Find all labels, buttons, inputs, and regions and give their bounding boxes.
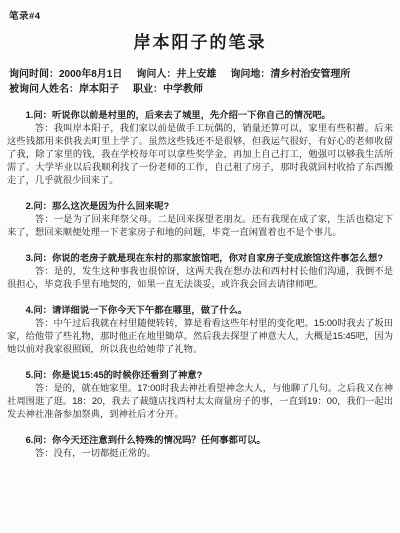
- qa-block-3: 3.问：你说的老房子就是现在东村的那家旅馆吧，你对自家房子变成旅馆这件事怎么想?…: [7, 252, 393, 291]
- document-page: 笔录#4 岸本阳子的笔录 询问时间：2000年8月1日询问人：井上安雄询问地：清…: [0, 0, 400, 533]
- meta-line-1: 询问时间：2000年8月1日询问人：井上安雄询问地：清乡村治安管理所: [9, 67, 393, 82]
- meta-line-2: 被询问人姓名：岸本阳子职业：中学教师: [9, 82, 393, 97]
- meta-label: 被询问人姓名：: [9, 84, 79, 95]
- question-text: 1.问：听说你以前是村里的，后来去了城里，先介绍一下你自己的情况吧。: [7, 109, 393, 122]
- meta-field-interview-time: 询问时间：2000年8月1日: [9, 69, 122, 80]
- meta-value: 中学教师: [163, 84, 203, 95]
- answer-text: 答：是的，就在她家里。17:00时我去神社看望神念大人，与他聊了几句。之后我又在…: [7, 382, 393, 421]
- answer-text: 答：中午过后我就在村里随便转转，算是看看这些年村里的变化吧。15:00时我去了坂…: [7, 317, 393, 356]
- meta-label: 职业：: [133, 84, 163, 95]
- qa-list: 1.问：听说你以前是村里的，后来去了城里，先介绍一下你自己的情况吧。 答：我叫岸…: [7, 109, 393, 460]
- qa-block-5: 5.问：你是说15:45的时候你还看到了神意? 答：是的，就在她家里。17:00…: [7, 369, 393, 421]
- meta-value: 井上安雄: [176, 69, 216, 80]
- meta-field-occupation: 职业：中学教师: [133, 84, 203, 95]
- meta-info: 询问时间：2000年8月1日询问人：井上安雄询问地：清乡村治安管理所 被询问人姓…: [9, 67, 393, 97]
- answer-text: 答：没有，一切都挺正常的。: [7, 447, 393, 460]
- question-text: 6.问：你今天还注意到什么特殊的情况吗？任何事都可以。: [7, 434, 393, 447]
- answer-text: 答：是的，发生这种事我也很惊讶，这两天我在想办法和西村村长他们沟通，我倒不是很担…: [7, 265, 393, 291]
- question-text: 3.问：你说的老房子就是现在东村的那家旅馆吧，你对自家房子变成旅馆这件事怎么想?: [7, 252, 393, 265]
- qa-block-2: 2.问：那么这次是因为什么回来呢? 答：一是为了回来拜祭父母。二是回来探望老朋友…: [7, 200, 393, 239]
- meta-label: 询问时间：: [9, 69, 59, 80]
- meta-label: 询问地：: [230, 69, 270, 80]
- meta-value: 岸本阳子: [79, 84, 119, 95]
- meta-value: 2000年8月1日: [59, 69, 122, 80]
- qa-block-4: 4.问：请详细说一下你今天下午都在哪里，做了什么。 答：中午过后我就在村里随便转…: [7, 304, 393, 356]
- answer-text: 答：一是为了回来拜祭父母。二是回来探望老朋友。还有我现在成了家，生活也稳定下来了…: [7, 213, 393, 239]
- meta-field-interviewer: 询问人：井上安雄: [136, 69, 216, 80]
- qa-block-6: 6.问：你今天还注意到什么特殊的情况吗？任何事都可以。 答：没有，一切都挺正常的…: [7, 434, 393, 460]
- qa-block-1: 1.问：听说你以前是村里的，后来去了城里，先介绍一下你自己的情况吧。 答：我叫岸…: [7, 109, 393, 187]
- meta-value: 清乡村治安管理所: [270, 69, 350, 80]
- question-text: 4.问：请详细说一下你今天下午都在哪里，做了什么。: [7, 304, 393, 317]
- meta-label: 询问人：: [136, 69, 176, 80]
- question-text: 5.问：你是说15:45的时候你还看到了神意?: [7, 369, 393, 382]
- doc-number-label: 笔录#4: [9, 8, 393, 22]
- meta-field-interviewee-name: 被询问人姓名：岸本阳子: [9, 84, 119, 95]
- meta-field-location: 询问地：清乡村治安管理所: [230, 69, 350, 80]
- answer-text: 答：我叫岸本阳子，我们家以前是做手工玩偶的，销量还算可以，家里有些积蓄。后来这些…: [7, 122, 393, 187]
- page-title: 岸本阳子的笔录: [7, 28, 393, 53]
- question-text: 2.问：那么这次是因为什么回来呢?: [7, 200, 393, 213]
